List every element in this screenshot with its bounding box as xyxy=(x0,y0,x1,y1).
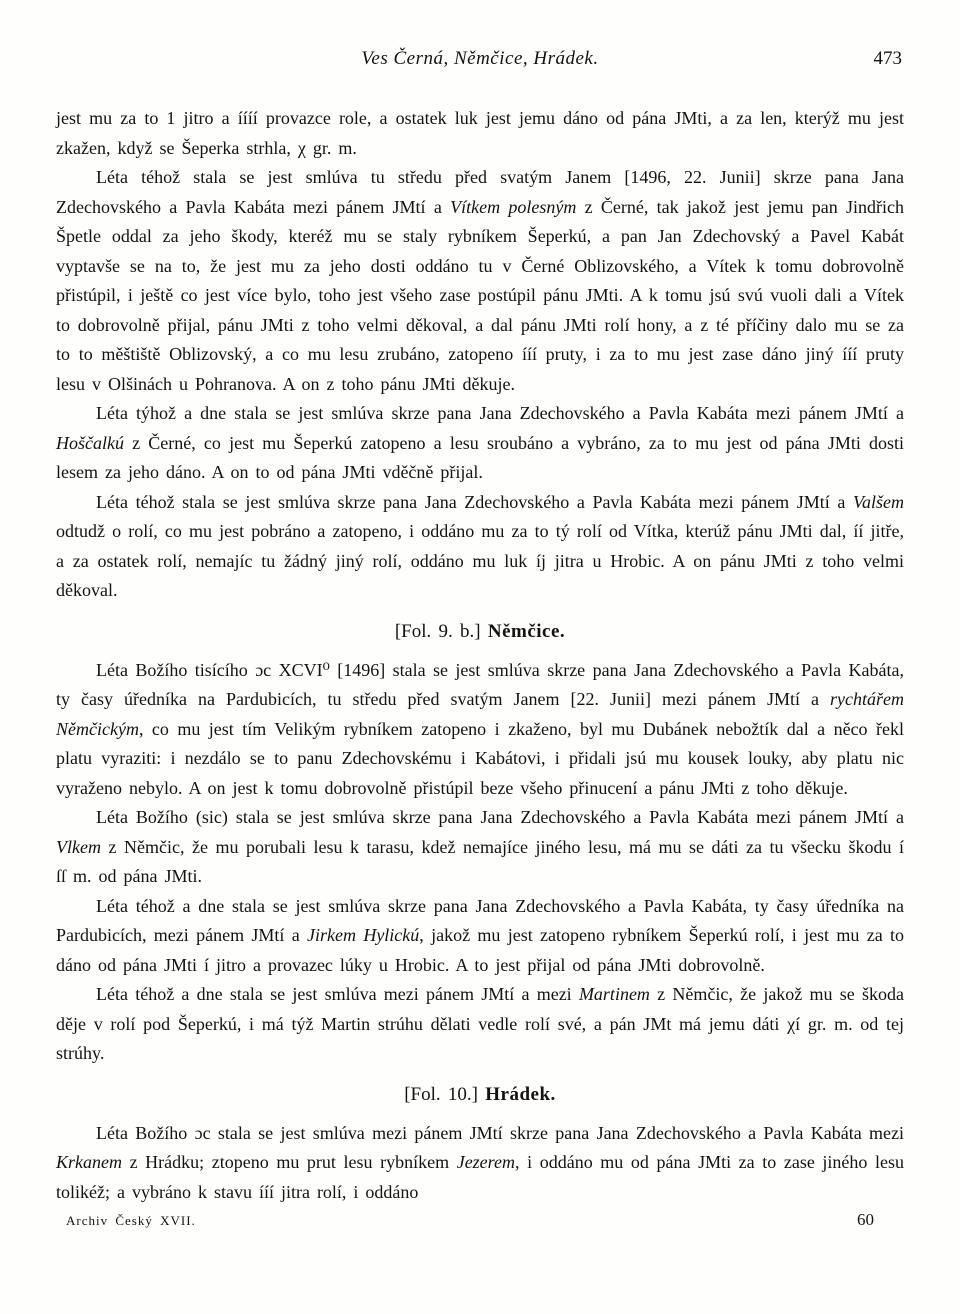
paragraph-continuation: jest mu za to 1 jitro a íííí provazce ro… xyxy=(56,104,904,163)
footer-sheet-number: 60 xyxy=(857,1210,874,1230)
section-heading-hradek: [Fol. 10.] Hrádek. xyxy=(56,1080,904,1110)
page-header: Ves Černá, Němčice, Hrádek. 473 xyxy=(56,48,904,82)
paragraph-rychtar-nemcicky: Léta Božího tisícího ɔc XCVI⁰ [1496] sta… xyxy=(56,656,904,804)
book-page: Ves Černá, Němčice, Hrádek. 473 jest mu … xyxy=(0,0,960,1314)
paragraph-vlk: Léta Božího (sic) stala se jest smlúva s… xyxy=(56,803,904,892)
paragraph-vitek-polesny: Léta téhož stala se jest smlúva tu střed… xyxy=(56,163,904,399)
paragraph-hoscalku: Léta týhož a dne stala se jest smlúva sk… xyxy=(56,399,904,488)
paragraph-martin: Léta téhož a dne stala se jest smlúva me… xyxy=(56,980,904,1069)
page-footer: Archiv Český XVII. 60 xyxy=(56,1210,904,1230)
paragraph-jirek-hylicku: Léta téhož a dne stala se jest smlúva sk… xyxy=(56,892,904,981)
paragraph-krkan: Léta Božího ɔc stala se jest smlúva mezi… xyxy=(56,1119,904,1208)
footer-archive-signature: Archiv Český XVII. xyxy=(66,1213,196,1229)
page-number: 473 xyxy=(874,48,903,70)
text-body: jest mu za to 1 jitro a íííí provazce ro… xyxy=(56,104,904,1207)
running-title: Ves Černá, Němčice, Hrádek. xyxy=(56,48,904,70)
section-heading-nemcice: [Fol. 9. b.] Němčice. xyxy=(56,617,904,647)
paragraph-vals: Léta téhož stala se jest smlúva skrze pa… xyxy=(56,488,904,606)
